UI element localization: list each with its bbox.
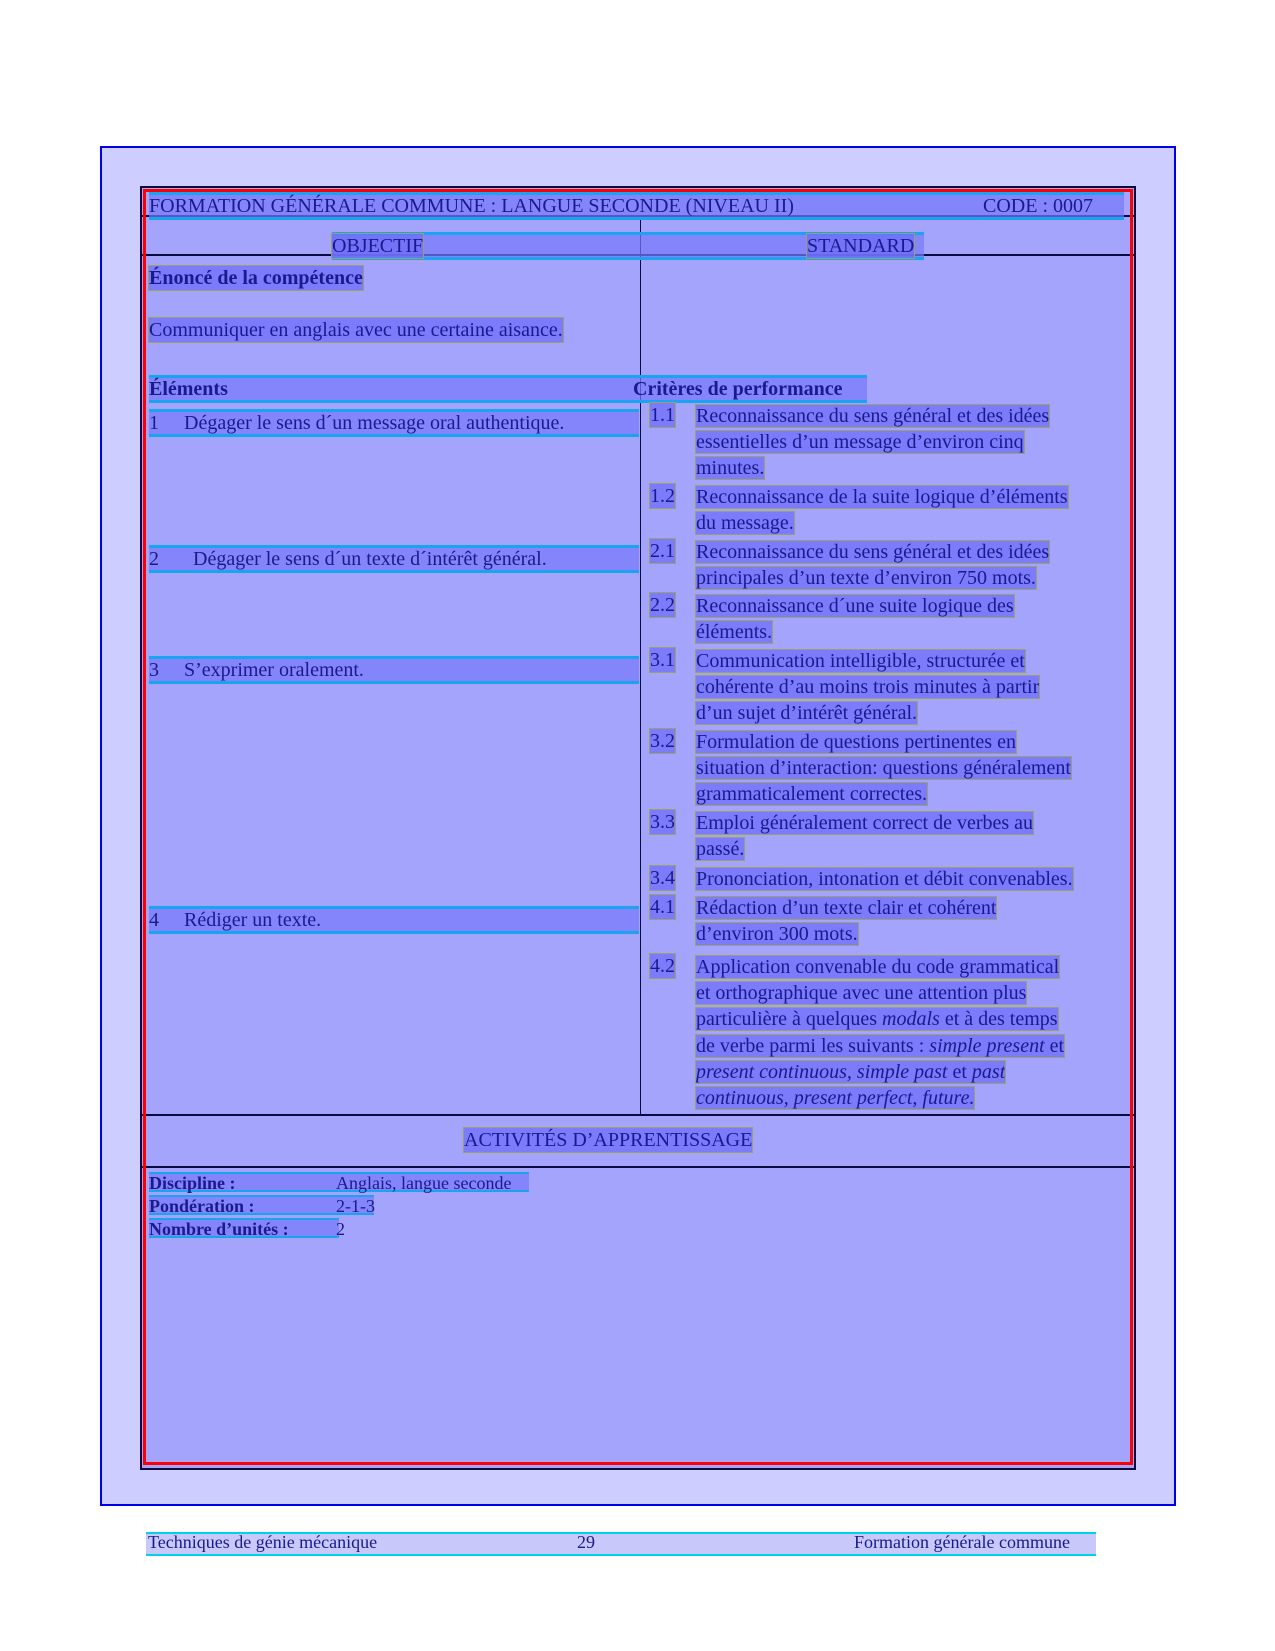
elements-heading: Éléments [149,377,228,401]
criterion-text: Application convenable du code grammatic… [696,954,1128,1111]
activities-heading: ACTIVITÉS D’APPRENTISSAGE [464,1128,752,1152]
criterion-number: 3.4 [650,866,675,890]
criterion-text: Reconnaissance d´une suite logique desél… [696,593,1128,645]
course-code: CODE : 0007 [983,194,1093,218]
criterion-text: Reconnaissance du sens général et des id… [696,539,1128,591]
activity-label: Discipline : [149,1172,236,1194]
column-header-objectif: OBJECTIF [332,234,423,258]
element-number: 2 [149,547,159,571]
criterion-text: Reconnaissance du sens général et des id… [696,403,1128,482]
criterion-text: Emploi généralement correct de verbes au… [696,810,1128,862]
footer-program: Techniques de génie mécanique [148,1532,377,1552]
criteres-heading: Critères de performance [633,377,843,401]
element-number: 1 [149,411,159,435]
competence-heading: Énoncé de la compétence [149,266,363,290]
footer-page-number: 29 [577,1532,595,1552]
document-title: FORMATION GÉNÉRALE COMMUNE : LANGUE SECO… [149,194,794,218]
activity-label: Pondération : [149,1195,255,1217]
criterion-number: 4.1 [650,895,675,919]
criterion-text: Formulation de questions pertinentes ens… [696,729,1128,808]
criterion-number: 1.2 [650,484,675,508]
rule-activities-bottom [142,1166,1136,1168]
criterion-number: 2.2 [650,593,675,617]
element-number: 3 [149,658,159,682]
criterion-number: 4.2 [650,954,675,978]
element-text: S’exprimer oralement. [184,658,364,682]
activity-value: Anglais, langue seconde [336,1172,511,1194]
activity-label: Nombre d’unités : [149,1218,289,1240]
element-number: 4 [149,908,159,932]
column-divider [640,216,641,1114]
rule-activities-top [142,1114,1136,1116]
criterion-number: 1.1 [650,403,675,427]
element-text: Rédiger un texte. [184,908,321,932]
column-header-standard: STANDARD [807,234,914,258]
criterion-number: 3.3 [650,810,675,834]
criterion-text: Communication intelligible, structurée e… [696,648,1128,727]
activity-value: 2 [336,1218,345,1240]
criterion-number: 3.1 [650,648,675,672]
activity-value: 2-1-3 [336,1195,375,1217]
criterion-text: Prononciation, intonation et débit conve… [696,866,1128,892]
footer-section: Formation générale commune [854,1532,1070,1552]
criterion-text: Rédaction d’un texte clair et cohérentd’… [696,895,1128,947]
competence-statement: Communiquer en anglais avec une certaine… [149,318,563,342]
criterion-number: 2.1 [650,539,675,563]
element-text: Dégager le sens d´un texte d´intérêt gén… [193,547,547,571]
element-text: Dégager le sens d´un message oral authen… [184,411,564,435]
criterion-text: Reconnaissance de la suite logique d’élé… [696,484,1128,536]
criterion-number: 3.2 [650,729,675,753]
